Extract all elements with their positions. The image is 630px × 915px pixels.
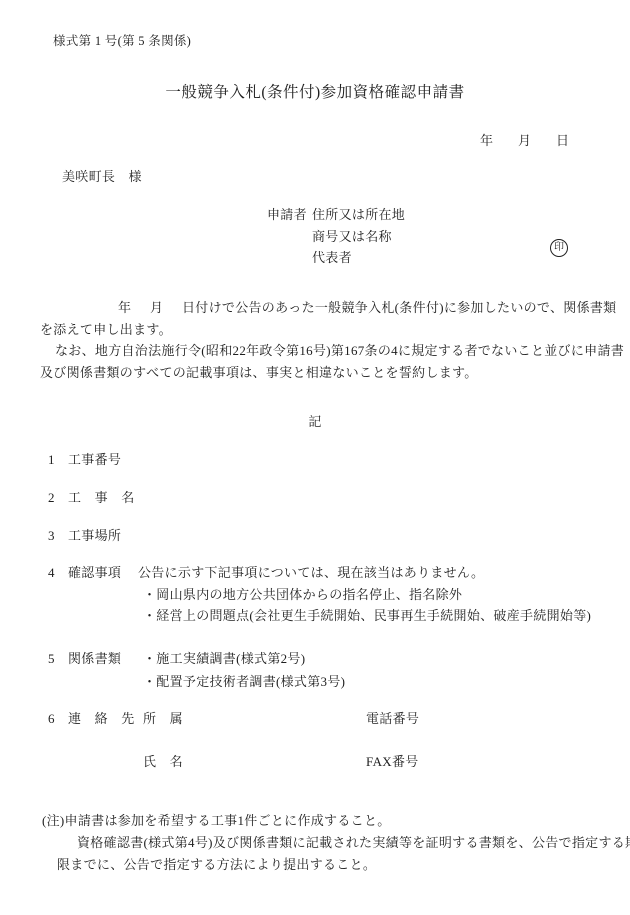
item-6-number: 6	[48, 711, 55, 727]
document-page: 様式第 1 号(第 5 条関係) 一般競争入札(条件付)参加資格確認申請書 年 …	[0, 0, 630, 915]
pledge-line-1-text: 日付けで公告のあった一般競争入札(条件付)に参加したいので、関係書類	[182, 300, 616, 316]
contact-dept-label: 所 属	[143, 711, 183, 727]
item-1-number: 1	[48, 452, 55, 468]
applicant-representative-label: 代表者	[312, 250, 352, 266]
note-line-2: 資格確認書(様式第4号)及び関係書類に記載された実績等を証明する書類を、公告で指…	[77, 835, 630, 851]
date-month-label: 月	[518, 133, 531, 149]
seal-mark: 印	[550, 239, 568, 257]
pledge-year-label: 年	[118, 300, 131, 316]
item-4-number: 4	[48, 565, 55, 581]
pledge-line-4: 及び関係書類のすべての記載事項は、事実と相違ないことを誓約します。	[40, 365, 478, 381]
item-4-text: 公告に示す下記事項については、現在該当はありません。	[138, 565, 484, 581]
item-1-label: 工事番号	[68, 452, 121, 468]
item-4-label: 確認事項	[68, 565, 121, 581]
form-number: 様式第 1 号(第 5 条関係)	[53, 34, 191, 49]
note-line-3: 限までに、公告で指定する方法により提出すること。	[57, 857, 376, 873]
addressee: 美咲町長 様	[62, 169, 142, 185]
item-4-bullet-2: ・経営上の問題点(会社更生手続開始、民事再生手続開始、破産手続開始等)	[143, 608, 591, 624]
contact-name-label: 氏 名	[143, 754, 183, 770]
item-5-label: 関係書類	[68, 651, 121, 667]
date-day-label: 日	[556, 133, 569, 149]
applicant-address-label: 住所又は所在地	[312, 207, 405, 223]
item-5-number: 5	[48, 651, 55, 667]
contact-fax-label: FAX番号	[366, 754, 419, 770]
record-heading: 記	[0, 414, 630, 430]
applicant-label: 申請者	[267, 207, 307, 223]
item-5-bullet-1: ・施工実績調書(様式第2号)	[143, 651, 305, 667]
item-3-number: 3	[48, 528, 55, 544]
page-title: 一般競争入札(条件付)参加資格確認申請書	[0, 84, 630, 103]
applicant-company-label: 商号又は名称	[312, 229, 392, 245]
date-year-label: 年	[480, 133, 493, 149]
pledge-month-label: 月	[150, 300, 163, 316]
item-3-label: 工事場所	[68, 528, 121, 544]
item-2-number: 2	[48, 490, 55, 506]
item-2-label: 工 事 名	[68, 490, 135, 506]
item-4-bullet-1: ・岡山県内の地方公共団体からの指名停止、指名除外	[143, 587, 462, 603]
contact-tel-label: 電話番号	[366, 711, 419, 727]
item-5-bullet-2: ・配置予定技術者調書(様式第3号)	[143, 674, 345, 690]
pledge-line-3: なお、地方自治法施行令(昭和22年政令第16号)第167条の4に規定する者でない…	[55, 343, 624, 359]
pledge-line-2: を添えて申し出ます。	[40, 322, 172, 338]
note-line-1: (注)申請書は参加を希望する工事1件ごとに作成すること。	[42, 813, 391, 829]
item-6-label: 連 絡 先	[68, 711, 135, 727]
